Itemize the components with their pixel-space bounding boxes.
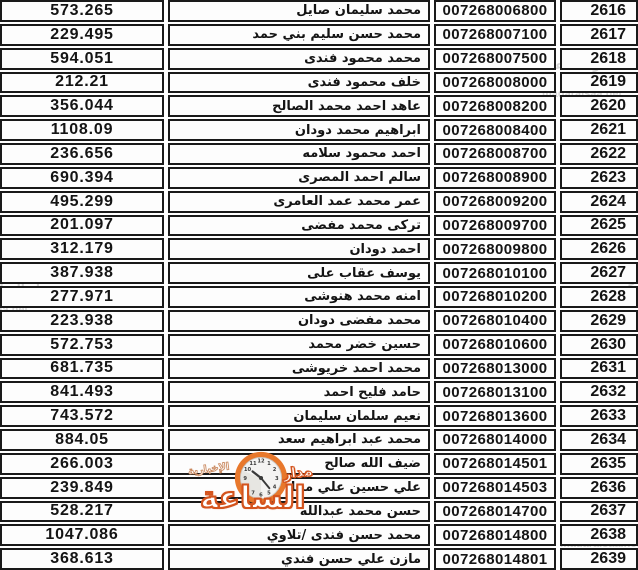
amount-value: 223.938 <box>50 313 113 329</box>
holder-name-cell: عاهد احمد محمد الصالح <box>168 95 430 117</box>
holder-name: عمر محمد عمد العامرى <box>273 195 421 208</box>
amount-value: 236.656 <box>50 146 113 162</box>
amount-value: 594.051 <box>50 51 113 67</box>
row-id: 2619 <box>590 74 626 90</box>
account-number-cell: 007268007100 <box>434 24 556 46</box>
amount-value-cell: 495.299 <box>0 191 164 213</box>
holder-name-cell: سالم احمد المصرى <box>168 167 430 189</box>
row-id: 2621 <box>590 122 626 138</box>
row-id: 2620 <box>590 98 626 114</box>
holder-name-cell: محمد عبد ابراهيم سعد <box>168 429 430 451</box>
holder-name: تركى محمد مفضى <box>301 219 421 232</box>
amount-value-cell: 681.735 <box>0 358 164 380</box>
row-id-cell: 2628 <box>560 286 638 308</box>
holder-name: امنه محمد هنوشى <box>304 290 421 303</box>
amount-value-cell: 201.097 <box>0 215 164 237</box>
holder-name-cell: علي حسين علي محا <box>168 477 430 499</box>
row-id: 2617 <box>590 27 626 43</box>
row-id-cell: 2624 <box>560 191 638 213</box>
row-id-cell: 2631 <box>560 358 638 380</box>
account-number: 007268014700 <box>443 504 548 519</box>
holder-name: محمد محمود فندى <box>304 52 421 65</box>
account-number: 007268008400 <box>443 123 548 138</box>
holder-name: احمد دودان <box>349 243 421 256</box>
row-id: 2624 <box>590 194 626 210</box>
row-id-cell: 2636 <box>560 477 638 499</box>
amount-value-cell: 572.753 <box>0 334 164 356</box>
amount-value: 743.572 <box>50 408 113 424</box>
row-id: 2634 <box>590 432 626 448</box>
account-number-cell: 007268008400 <box>434 119 556 141</box>
amount-value: 266.003 <box>50 456 113 472</box>
account-number: 007268007100 <box>443 27 548 42</box>
row-id-cell: 2639 <box>560 548 638 570</box>
amount-value: 201.097 <box>50 217 113 233</box>
amount-value-cell: 277.971 <box>0 286 164 308</box>
account-number: 007268013100 <box>443 385 548 400</box>
holder-name: محمد حسن سليم بني حمد <box>252 28 421 41</box>
row-id-cell: 2617 <box>560 24 638 46</box>
holder-name-cell: احمد دودان <box>168 238 430 260</box>
account-number: 007268010600 <box>443 337 548 352</box>
row-id: 2636 <box>590 480 626 496</box>
holder-name: محمد احمد خريوشى <box>292 362 421 375</box>
amount-value-cell: 229.495 <box>0 24 164 46</box>
account-number-cell: 007268009700 <box>434 215 556 237</box>
amount-value-cell: 1047.086 <box>0 524 164 546</box>
account-number: 007268010100 <box>443 266 548 281</box>
row-id-cell: 2620 <box>560 95 638 117</box>
holder-name: محمد حسن فندى /تلاوي <box>267 529 421 542</box>
row-id: 2630 <box>590 337 626 353</box>
holder-name: سالم احمد المصرى <box>298 171 421 184</box>
holder-name: ابراهيم محمد دودان <box>295 124 421 137</box>
holder-name-cell: حسن محمد عبدالله <box>168 501 430 523</box>
scanned-table-page: مدار الساعة madaralsaa.net مدار الساعة m… <box>0 0 638 570</box>
holder-name: محمد سليمان صايل <box>296 4 421 17</box>
account-number: 007268009200 <box>443 194 548 209</box>
holder-name: احمد محمود سلامه <box>302 147 421 160</box>
amount-value-cell: 266.003 <box>0 453 164 475</box>
amount-value: 681.735 <box>50 360 113 376</box>
account-number: 007268010200 <box>443 289 548 304</box>
amount-value: 841.493 <box>50 384 113 400</box>
holder-name-cell: خلف محمود فندى <box>168 72 430 94</box>
holder-name-cell: محمد احمد خريوشى <box>168 358 430 380</box>
account-number-cell: 007268010400 <box>434 310 556 332</box>
amount-value-cell: 236.656 <box>0 143 164 165</box>
holder-name-cell: عمر محمد عمد العامرى <box>168 191 430 213</box>
row-id-cell: 2637 <box>560 501 638 523</box>
account-number-cell: 007268013600 <box>434 405 556 427</box>
holder-name-cell: محمد حسن سليم بني حمد <box>168 24 430 46</box>
row-id-cell: 2616 <box>560 0 638 22</box>
amount-value-cell: 573.265 <box>0 0 164 22</box>
row-id: 2625 <box>590 217 626 233</box>
amount-value: 312.179 <box>50 241 113 257</box>
holder-name-cell: حسين خضر محمد <box>168 334 430 356</box>
amount-value: 1108.09 <box>51 122 114 138</box>
account-number-cell: 007268013000 <box>434 358 556 380</box>
amount-value: 528.217 <box>50 503 113 519</box>
row-id: 2633 <box>590 408 626 424</box>
holder-name: محمد عبد ابراهيم سعد <box>278 433 421 446</box>
row-id: 2629 <box>590 313 626 329</box>
account-number-cell: 007268013100 <box>434 381 556 403</box>
amount-value: 572.753 <box>50 337 113 353</box>
holder-name: حسن محمد عبدالله <box>300 505 421 518</box>
amount-value-cell: 387.938 <box>0 262 164 284</box>
account-number-cell: 007268009200 <box>434 191 556 213</box>
amount-value: 387.938 <box>50 265 113 281</box>
account-number: 007268014000 <box>443 432 548 447</box>
account-number-cell: 007268014800 <box>434 524 556 546</box>
account-number-cell: 007268007500 <box>434 48 556 70</box>
amount-value-cell: 223.938 <box>0 310 164 332</box>
account-number-cell: 007268009800 <box>434 238 556 260</box>
account-number: 007268008900 <box>443 170 548 185</box>
amount-value-cell: 884.05 <box>0 429 164 451</box>
amount-value-cell: 368.613 <box>0 548 164 570</box>
row-id-cell: 2634 <box>560 429 638 451</box>
row-id-cell: 2622 <box>560 143 638 165</box>
account-number-cell: 007268008700 <box>434 143 556 165</box>
row-id: 2632 <box>590 384 626 400</box>
row-id-cell: 2630 <box>560 334 638 356</box>
holder-name: نعيم سلمان سليمان <box>293 410 421 423</box>
holder-name-cell: تركى محمد مفضى <box>168 215 430 237</box>
row-id: 2626 <box>590 241 626 257</box>
holder-name: محمد مفضى دودان <box>298 314 421 327</box>
amount-value-cell: 356.044 <box>0 95 164 117</box>
row-id: 2618 <box>590 51 626 67</box>
amount-value: 212.21 <box>55 74 109 90</box>
row-id-cell: 2633 <box>560 405 638 427</box>
amount-value-cell: 1108.09 <box>0 119 164 141</box>
amount-value: 690.394 <box>50 170 113 186</box>
amount-value: 356.044 <box>50 98 113 114</box>
account-number: 007268009700 <box>443 218 548 233</box>
account-number: 007268007500 <box>443 51 548 66</box>
holder-name-cell: ابراهيم محمد دودان <box>168 119 430 141</box>
row-id-cell: 2632 <box>560 381 638 403</box>
row-id: 2638 <box>590 527 626 543</box>
row-id-cell: 2623 <box>560 167 638 189</box>
holder-name-cell: حامد فليح احمد <box>168 381 430 403</box>
row-id: 2637 <box>590 503 626 519</box>
amount-value-cell: 690.394 <box>0 167 164 189</box>
amount-value-cell: 841.493 <box>0 381 164 403</box>
holder-name-cell: محمد سليمان صايل <box>168 0 430 22</box>
holder-name-cell: محمد مفضى دودان <box>168 310 430 332</box>
amount-value-cell: 528.217 <box>0 501 164 523</box>
holder-name-cell: محمد محمود فندى <box>168 48 430 70</box>
row-id: 2635 <box>590 456 626 472</box>
holder-name: مازن علي حسن فندي <box>281 553 421 566</box>
row-id: 2622 <box>590 146 626 162</box>
account-number: 007268013600 <box>443 409 548 424</box>
amount-value-cell: 212.21 <box>0 72 164 94</box>
account-number: 007268008000 <box>443 75 548 90</box>
payments-table: 2616007268006800محمد سليمان صايل573.2652… <box>0 0 638 570</box>
holder-name-cell: احمد محمود سلامه <box>168 143 430 165</box>
account-number: 007268014503 <box>443 480 548 495</box>
holder-name-cell: نعيم سلمان سليمان <box>168 405 430 427</box>
account-number-cell: 007268010600 <box>434 334 556 356</box>
row-id: 2627 <box>590 265 626 281</box>
holder-name: حامد فليح احمد <box>324 386 421 399</box>
account-number: 007268013000 <box>443 361 548 376</box>
amount-value: 368.613 <box>50 551 113 567</box>
row-id-cell: 2625 <box>560 215 638 237</box>
holder-name: علي حسين علي محا <box>291 481 421 494</box>
row-id-cell: 2635 <box>560 453 638 475</box>
amount-value-cell: 312.179 <box>0 238 164 260</box>
account-number-cell: 007268014000 <box>434 429 556 451</box>
holder-name-cell: امنه محمد هنوشى <box>168 286 430 308</box>
account-number: 007268009800 <box>443 242 548 257</box>
amount-value-cell: 743.572 <box>0 405 164 427</box>
amount-value: 239.849 <box>50 480 113 496</box>
holder-name-cell: مازن علي حسن فندي <box>168 548 430 570</box>
holder-name: يوسف عقاب على <box>307 267 421 280</box>
holder-name: ضيف الله صالح <box>324 457 421 470</box>
amount-value-cell: 594.051 <box>0 48 164 70</box>
row-id: 2628 <box>590 289 626 305</box>
account-number: 007268008700 <box>443 146 548 161</box>
amount-value: 229.495 <box>50 27 113 43</box>
account-number-cell: 007268014700 <box>434 501 556 523</box>
account-number-cell: 007268008000 <box>434 72 556 94</box>
account-number-cell: 007268008900 <box>434 167 556 189</box>
account-number-cell: 007268014503 <box>434 477 556 499</box>
holder-name-cell: ضيف الله صالح <box>168 453 430 475</box>
account-number-cell: 007268006800 <box>434 0 556 22</box>
holder-name: عاهد احمد محمد الصالح <box>272 100 421 113</box>
account-number-cell: 007268014801 <box>434 548 556 570</box>
account-number-cell: 007268010200 <box>434 286 556 308</box>
row-id-cell: 2619 <box>560 72 638 94</box>
row-id: 2623 <box>590 170 626 186</box>
row-id: 2631 <box>590 360 626 376</box>
account-number: 007268014501 <box>443 456 548 471</box>
amount-value: 884.05 <box>55 432 109 448</box>
amount-value: 495.299 <box>50 194 113 210</box>
amount-value-cell: 239.849 <box>0 477 164 499</box>
row-id-cell: 2621 <box>560 119 638 141</box>
account-number-cell: 007268010100 <box>434 262 556 284</box>
row-id: 2639 <box>590 551 626 567</box>
row-id: 2616 <box>590 3 626 19</box>
account-number: 007268014801 <box>443 552 548 567</box>
holder-name: حسين خضر محمد <box>308 338 421 351</box>
account-number: 007268014800 <box>443 528 548 543</box>
account-number-cell: 007268014501 <box>434 453 556 475</box>
amount-value: 277.971 <box>50 289 113 305</box>
row-id-cell: 2629 <box>560 310 638 332</box>
row-id-cell: 2627 <box>560 262 638 284</box>
row-id-cell: 2638 <box>560 524 638 546</box>
row-id-cell: 2618 <box>560 48 638 70</box>
holder-name: خلف محمود فندى <box>308 76 421 89</box>
holder-name-cell: محمد حسن فندى /تلاوي <box>168 524 430 546</box>
account-number: 007268010400 <box>443 313 548 328</box>
amount-value: 1047.086 <box>45 527 118 543</box>
amount-value: 573.265 <box>50 3 113 19</box>
holder-name-cell: يوسف عقاب على <box>168 262 430 284</box>
row-id-cell: 2626 <box>560 238 638 260</box>
account-number: 007268006800 <box>443 3 548 18</box>
account-number: 007268008200 <box>443 99 548 114</box>
account-number-cell: 007268008200 <box>434 95 556 117</box>
